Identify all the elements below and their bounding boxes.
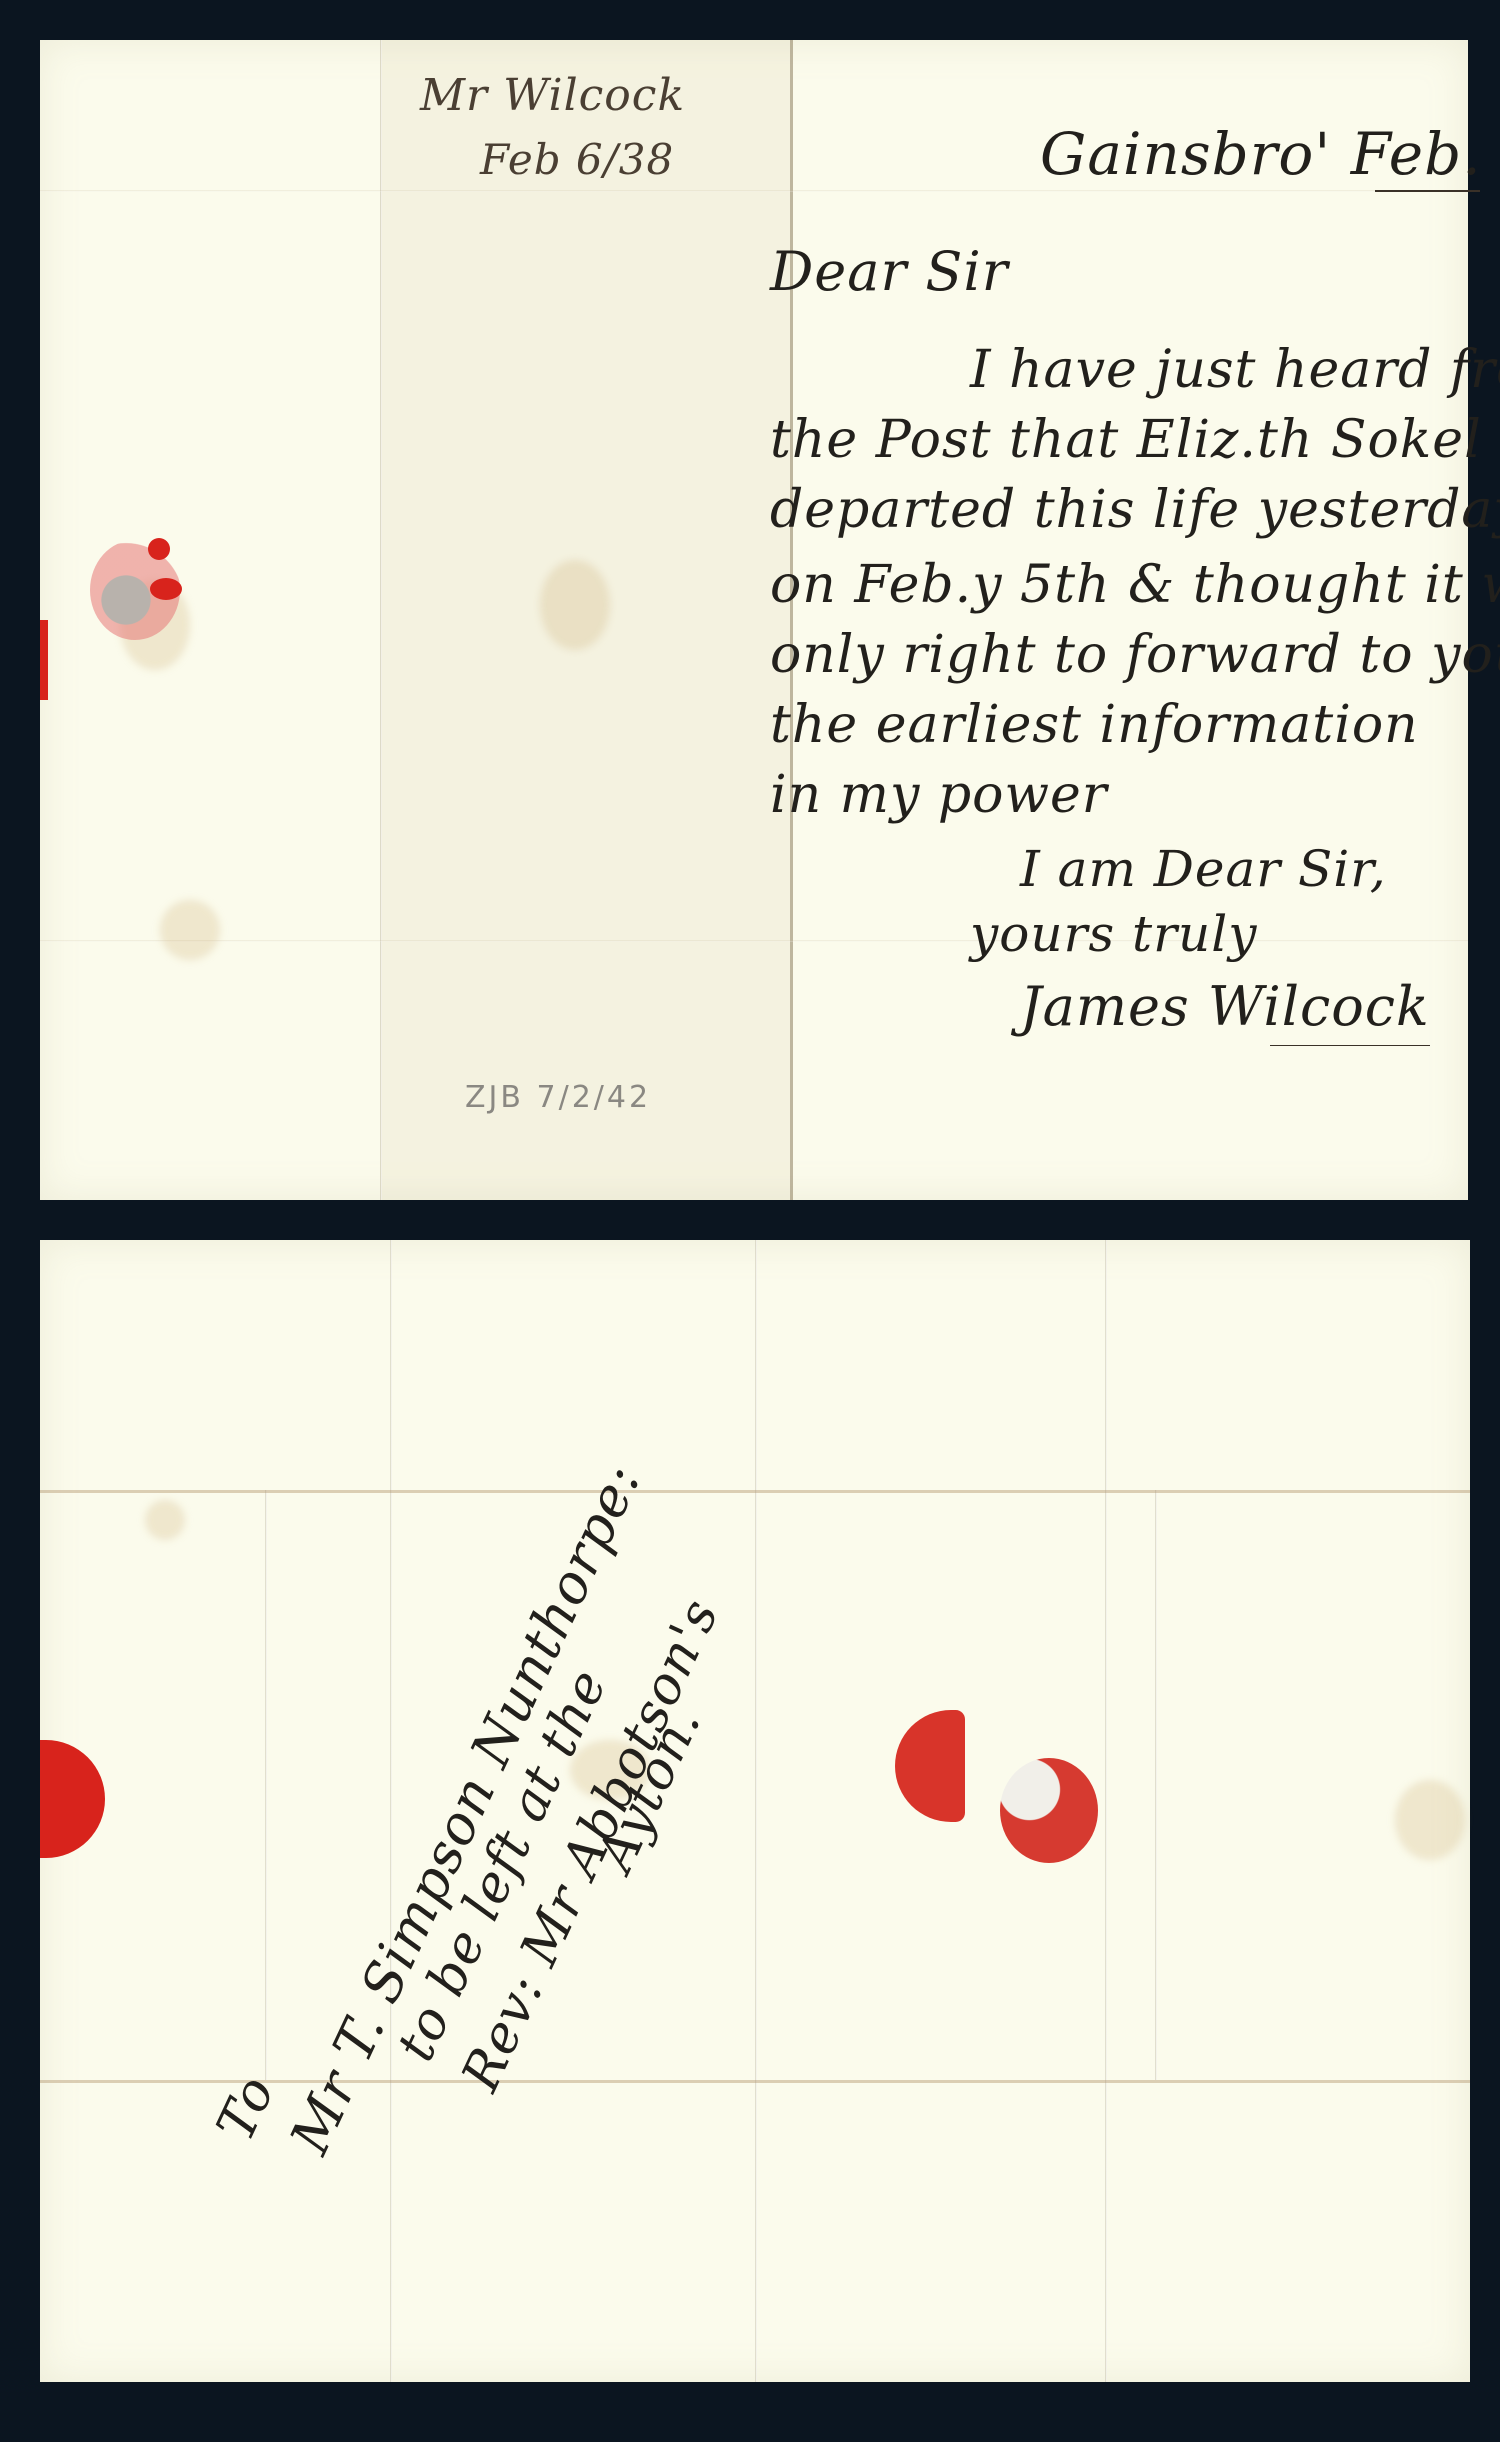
archive-reference: ZJB 7/2/42 bbox=[465, 1080, 651, 1115]
dateline-underline bbox=[1375, 190, 1480, 192]
paper-stain bbox=[145, 1500, 185, 1540]
address-block: To Mr T. Simpson Nunthorpe: to be left a… bbox=[240, 1540, 760, 2220]
fold-line bbox=[380, 40, 382, 1200]
letter-closing-line: yours truly bbox=[970, 905, 1257, 963]
docket-name: Mr Wilcock bbox=[420, 70, 685, 121]
letter-body-line: on Feb.y 5th & thought it was bbox=[770, 555, 1500, 615]
fold-line bbox=[40, 190, 1468, 192]
paper-stain bbox=[160, 900, 220, 960]
letter-dateline: Gainsbro' Feb. 6. 38 bbox=[1040, 120, 1500, 188]
letter-body-line: in my power bbox=[770, 765, 1108, 825]
paper-stain bbox=[1395, 1780, 1465, 1860]
wax-seal-fragment bbox=[150, 578, 182, 600]
fold-line bbox=[1105, 1240, 1107, 2382]
letter-closing-line: I am Dear Sir, bbox=[1020, 840, 1387, 898]
letter-body-line: only right to forward to you bbox=[770, 625, 1500, 685]
wax-seal-broken bbox=[1000, 1758, 1098, 1863]
docket-date: Feb 6/38 bbox=[480, 135, 674, 184]
letter-salutation: Dear Sir bbox=[770, 240, 1009, 303]
letter-body-line: the earliest information bbox=[770, 695, 1419, 755]
wax-seal-fragment bbox=[148, 538, 170, 560]
fold-line bbox=[790, 40, 793, 1200]
signature-underline bbox=[1270, 1045, 1430, 1046]
letter-back-sheet: To Mr T. Simpson Nunthorpe: to be left a… bbox=[40, 1240, 1470, 2382]
paper-stain bbox=[540, 560, 610, 650]
letter-body-line: I have just heard from bbox=[970, 340, 1500, 400]
fold-line bbox=[1155, 1490, 1157, 2080]
wax-seal-left bbox=[40, 1740, 105, 1858]
letter-body-line: departed this life yesterday bbox=[770, 480, 1500, 540]
wax-seal-half bbox=[895, 1710, 965, 1822]
letter-signature: James Wilcock bbox=[1020, 975, 1430, 1038]
fold-line bbox=[40, 1490, 1470, 1493]
letter-front-sheet: Mr Wilcock Feb 6/38 ZJB 7/2/42 Gainsbro'… bbox=[40, 40, 1468, 1200]
letter-body-line: the Post that Eliz.th Sokel bbox=[770, 410, 1482, 470]
wax-seal-edge bbox=[40, 620, 48, 700]
